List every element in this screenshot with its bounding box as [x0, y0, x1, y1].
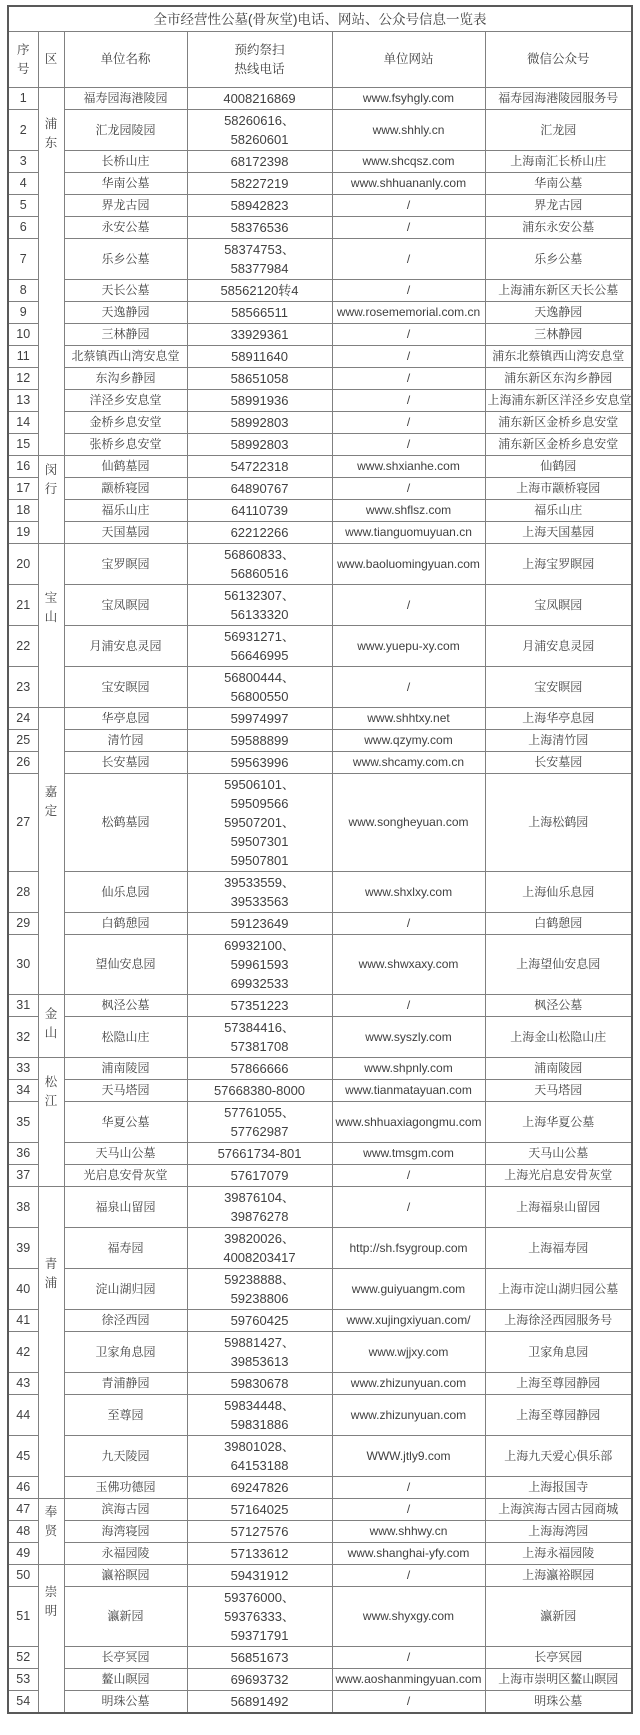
- cemetery-name-cell: 至尊园: [64, 1395, 187, 1436]
- wechat-account-cell: 枫泾公墓: [485, 995, 632, 1017]
- wechat-account-cell: 上海华亭息园: [485, 708, 632, 730]
- wechat-account-cell: 浦东新区金桥乡息安堂: [485, 434, 632, 456]
- hotline-cell: 64110739: [187, 500, 332, 522]
- cemetery-name-cell: 北蔡镇西山湾安息堂: [64, 346, 187, 368]
- hotline-cell: 39820026、 4008203417: [187, 1228, 332, 1269]
- table-row: 45九天陵园39801028、 64153188WWW.jtly9.com上海九…: [8, 1436, 632, 1477]
- cemetery-name-cell: 颛桥寝园: [64, 478, 187, 500]
- hotline-cell: 39876104、 39876278: [187, 1187, 332, 1228]
- wechat-account-cell: 长安墓园: [485, 752, 632, 774]
- table-row: 32松隐山庄57384416、 57381708www.syszly.com上海…: [8, 1017, 632, 1058]
- table-row: 20宝山宝罗瞑园56860833、 56860516www.baoluoming…: [8, 544, 632, 585]
- row-number-cell: 24: [8, 708, 38, 730]
- row-number-cell: 49: [8, 1543, 38, 1565]
- website-cell: www.qzymy.com: [332, 730, 485, 752]
- district-cell: 嘉定: [38, 708, 64, 995]
- hotline-cell: 62212266: [187, 522, 332, 544]
- hotline-cell: 59588899: [187, 730, 332, 752]
- hotline-cell: 59376000、 59376333、 59371791: [187, 1587, 332, 1647]
- website-cell: /: [332, 478, 485, 500]
- cemetery-name-cell: 仙乐息园: [64, 872, 187, 913]
- row-number-cell: 19: [8, 522, 38, 544]
- hotline-cell: 59506101、 59509566 59507201、 59507301 59…: [187, 774, 332, 872]
- table-row: 23宝安瞑园56800444、 56800550/宝安瞑园: [8, 667, 632, 708]
- wechat-account-cell: 宝凤瞑园: [485, 585, 632, 626]
- cemetery-name-cell: 长桥山庄: [64, 151, 187, 173]
- website-cell: /: [332, 585, 485, 626]
- website-cell: www.yuepu-xy.com: [332, 626, 485, 667]
- table-row: 35华夏公墓57761055、 57762987www.shhuaxiagong…: [8, 1102, 632, 1143]
- district-cell: 宝山: [38, 544, 64, 708]
- website-cell: /: [332, 1187, 485, 1228]
- website-cell: /: [332, 1477, 485, 1499]
- wechat-account-cell: 上海九天爱心俱乐部: [485, 1436, 632, 1477]
- district-cell: 金山: [38, 995, 64, 1058]
- wechat-account-cell: 上海瀛裕瞑园: [485, 1565, 632, 1587]
- cemetery-name-cell: 福泉山留园: [64, 1187, 187, 1228]
- hotline-cell: 57761055、 57762987: [187, 1102, 332, 1143]
- cemetery-name-cell: 白鹤憩园: [64, 913, 187, 935]
- website-cell: /: [332, 1165, 485, 1187]
- wechat-account-cell: 上海福寿园: [485, 1228, 632, 1269]
- wechat-account-cell: 明珠公墓: [485, 1691, 632, 1714]
- table-row: 14金桥乡息安堂58992803/浦东新区金桥乡息安堂: [8, 412, 632, 434]
- table-row: 26长安墓园59563996www.shcamy.com.cn长安墓园: [8, 752, 632, 774]
- wechat-account-cell: 上海南汇长桥山庄: [485, 151, 632, 173]
- hotline-cell: 56800444、 56800550: [187, 667, 332, 708]
- row-number-cell: 43: [8, 1373, 38, 1395]
- hotline-cell: 58991936: [187, 390, 332, 412]
- website-cell: http://sh.fsygroup.com: [332, 1228, 485, 1269]
- row-number-cell: 40: [8, 1269, 38, 1310]
- table-row: 43青浦静园59830678www.zhizunyuan.com上海至尊园静园: [8, 1373, 632, 1395]
- table-row: 25清竹园59588899www.qzymy.com上海清竹园: [8, 730, 632, 752]
- row-number-cell: 48: [8, 1521, 38, 1543]
- website-cell: www.xujingxiyuan.com/: [332, 1310, 485, 1332]
- table-row: 52长亭冥园56851673/长亭冥园: [8, 1647, 632, 1669]
- website-cell: www.syszly.com: [332, 1017, 485, 1058]
- table-row: 37光启息安骨灰堂57617079/上海光启息安骨灰堂: [8, 1165, 632, 1187]
- website-cell: /: [332, 412, 485, 434]
- cemetery-name-cell: 瀛新园: [64, 1587, 187, 1647]
- hotline-cell: 58911640: [187, 346, 332, 368]
- website-cell: www.shanghai-yfy.com: [332, 1543, 485, 1565]
- hotline-cell: 4008216869: [187, 88, 332, 110]
- hotline-cell: 59830678: [187, 1373, 332, 1395]
- row-number-cell: 51: [8, 1587, 38, 1647]
- cemetery-name-cell: 张桥乡息安堂: [64, 434, 187, 456]
- website-cell: /: [332, 434, 485, 456]
- row-number-cell: 38: [8, 1187, 38, 1228]
- row-number-cell: 5: [8, 195, 38, 217]
- cemetery-name-cell: 东沟乡静园: [64, 368, 187, 390]
- hotline-cell: 58376536: [187, 217, 332, 239]
- wechat-account-cell: 上海至尊园静园: [485, 1395, 632, 1436]
- row-number-cell: 26: [8, 752, 38, 774]
- wechat-account-cell: 上海报国寺: [485, 1477, 632, 1499]
- column-header-phone: 预约祭扫 热线电话: [187, 32, 332, 88]
- cemetery-name-cell: 汇龙园陵园: [64, 110, 187, 151]
- row-number-cell: 25: [8, 730, 38, 752]
- wechat-account-cell: 浦东北蔡镇西山湾安息堂: [485, 346, 632, 368]
- row-number-cell: 31: [8, 995, 38, 1017]
- website-cell: www.tianmatayuan.com: [332, 1080, 485, 1102]
- row-number-cell: 42: [8, 1332, 38, 1373]
- table-row: 28仙乐息园39533559、 39533563www.shxlxy.com上海…: [8, 872, 632, 913]
- row-number-cell: 11: [8, 346, 38, 368]
- table-row: 2汇龙园陵园58260616、 58260601www.shhly.cn汇龙园: [8, 110, 632, 151]
- hotline-cell: 57384416、 57381708: [187, 1017, 332, 1058]
- website-cell: www.shcamy.com.cn: [332, 752, 485, 774]
- hotline-cell: 39801028、 64153188: [187, 1436, 332, 1477]
- hotline-cell: 57617079: [187, 1165, 332, 1187]
- table-row: 9天逸静园58566511www.rosememorial.com.cn天逸静园: [8, 302, 632, 324]
- table-row: 12东沟乡静园58651058/浦东新区东沟乡静园: [8, 368, 632, 390]
- wechat-account-cell: 白鹤憩园: [485, 913, 632, 935]
- hotline-cell: 54722318: [187, 456, 332, 478]
- hotline-cell: 57866666: [187, 1058, 332, 1080]
- website-cell: /: [332, 995, 485, 1017]
- wechat-account-cell: 长亭冥园: [485, 1647, 632, 1669]
- row-number-cell: 32: [8, 1017, 38, 1058]
- table-row: 17颛桥寝园64890767/上海市颛桥寝园: [8, 478, 632, 500]
- district-cell: 浦东: [38, 88, 64, 456]
- cemetery-name-cell: 长亭冥园: [64, 1647, 187, 1669]
- cemetery-name-cell: 滨海古园: [64, 1499, 187, 1521]
- hotline-cell: 69932100、 59961593 69932533: [187, 935, 332, 995]
- website-cell: www.shyxgy.com: [332, 1587, 485, 1647]
- table-row: 40淀山湖归园59238888、 59238806www.guiyuangm.c…: [8, 1269, 632, 1310]
- hotline-cell: 68172398: [187, 151, 332, 173]
- table-row: 4华南公墓58227219www.shhuananly.com华南公墓: [8, 173, 632, 195]
- cemetery-name-cell: 永安公墓: [64, 217, 187, 239]
- website-cell: /: [332, 195, 485, 217]
- hotline-cell: 57351223: [187, 995, 332, 1017]
- hotline-cell: 59238888、 59238806: [187, 1269, 332, 1310]
- hotline-cell: 58566511: [187, 302, 332, 324]
- website-cell: www.shpnly.com: [332, 1058, 485, 1080]
- wechat-account-cell: 卫家角息园: [485, 1332, 632, 1373]
- website-cell: www.shflsz.com: [332, 500, 485, 522]
- cemetery-name-cell: 三林静园: [64, 324, 187, 346]
- website-cell: www.shcqsz.com: [332, 151, 485, 173]
- hotline-cell: 56891492: [187, 1691, 332, 1714]
- table-row: 24嘉定华亭息园59974997www.shhtxy.net上海华亭息园: [8, 708, 632, 730]
- table-row: 6永安公墓58376536/浦东永安公墓: [8, 217, 632, 239]
- wechat-account-cell: 上海至尊园静园: [485, 1373, 632, 1395]
- cemetery-name-cell: 天马塔园: [64, 1080, 187, 1102]
- hotline-cell: 56851673: [187, 1647, 332, 1669]
- wechat-account-cell: 月浦安息灵园: [485, 626, 632, 667]
- row-number-cell: 9: [8, 302, 38, 324]
- header-row: 序号 区 单位名称 预约祭扫 热线电话 单位网站 微信公众号: [8, 32, 632, 88]
- row-number-cell: 23: [8, 667, 38, 708]
- row-number-cell: 29: [8, 913, 38, 935]
- table-row: 7乐乡公墓58374753、 58377984/乐乡公墓: [8, 239, 632, 280]
- column-header-phone-line2: 热线电话: [190, 60, 330, 79]
- cemetery-name-cell: 玉佛功德园: [64, 1477, 187, 1499]
- table-row: 54明珠公墓56891492/明珠公墓: [8, 1691, 632, 1714]
- row-number-cell: 20: [8, 544, 38, 585]
- hotline-cell: 57127576: [187, 1521, 332, 1543]
- cemetery-name-cell: 仙鹤墓园: [64, 456, 187, 478]
- wechat-account-cell: 福乐山庄: [485, 500, 632, 522]
- cemetery-name-cell: 长安墓园: [64, 752, 187, 774]
- hotline-cell: 58374753、 58377984: [187, 239, 332, 280]
- row-number-cell: 34: [8, 1080, 38, 1102]
- wechat-account-cell: 界龙古园: [485, 195, 632, 217]
- cemetery-name-cell: 福寿园: [64, 1228, 187, 1269]
- cemetery-name-cell: 乐乡公墓: [64, 239, 187, 280]
- cemetery-name-cell: 光启息安骨灰堂: [64, 1165, 187, 1187]
- row-number-cell: 27: [8, 774, 38, 872]
- wechat-account-cell: 上海市崇明区鳌山瞑园: [485, 1669, 632, 1691]
- cemetery-name-cell: 徐泾西园: [64, 1310, 187, 1332]
- row-number-cell: 10: [8, 324, 38, 346]
- row-number-cell: 36: [8, 1143, 38, 1165]
- cemetery-name-cell: 清竹园: [64, 730, 187, 752]
- website-cell: /: [332, 1691, 485, 1714]
- row-number-cell: 46: [8, 1477, 38, 1499]
- hotline-cell: 69693732: [187, 1669, 332, 1691]
- wechat-account-cell: 上海市淀山湖归园公墓: [485, 1269, 632, 1310]
- table-row: 15张桥乡息安堂58992803/浦东新区金桥乡息安堂: [8, 434, 632, 456]
- row-number-cell: 17: [8, 478, 38, 500]
- table-body: 1浦东福寿园海港陵园4008216869www.fsyhgly.com福寿园海港…: [8, 88, 632, 1714]
- row-number-cell: 54: [8, 1691, 38, 1714]
- cemetery-name-cell: 洋泾乡安息堂: [64, 390, 187, 412]
- website-cell: /: [332, 346, 485, 368]
- row-number-cell: 21: [8, 585, 38, 626]
- column-header-district: 区: [38, 32, 64, 88]
- cemetery-name-cell: 天长公墓: [64, 280, 187, 302]
- wechat-account-cell: 上海永福园陵: [485, 1543, 632, 1565]
- hotline-cell: 59123649: [187, 913, 332, 935]
- wechat-account-cell: 乐乡公墓: [485, 239, 632, 280]
- website-cell: www.shhtxy.net: [332, 708, 485, 730]
- table-row: 38青浦福泉山留园39876104、 39876278/上海福泉山留园: [8, 1187, 632, 1228]
- website-cell: www.shxianhe.com: [332, 456, 485, 478]
- table-row: 31金山枫泾公墓57351223/枫泾公墓: [8, 995, 632, 1017]
- hotline-cell: 58651058: [187, 368, 332, 390]
- hotline-cell: 57668380-8000: [187, 1080, 332, 1102]
- website-cell: /: [332, 324, 485, 346]
- hotline-cell: 39533559、 39533563: [187, 872, 332, 913]
- website-cell: /: [332, 1499, 485, 1521]
- website-cell: www.shhly.cn: [332, 110, 485, 151]
- table-row: 1浦东福寿园海港陵园4008216869www.fsyhgly.com福寿园海港…: [8, 88, 632, 110]
- row-number-cell: 35: [8, 1102, 38, 1143]
- hotline-cell: 57661734-801: [187, 1143, 332, 1165]
- hotline-cell: 59834448、 59831886: [187, 1395, 332, 1436]
- table-row: 30望仙安息园69932100、 59961593 69932533www.sh…: [8, 935, 632, 995]
- table-row: 8天长公墓58562120转4/上海浦东新区天长公墓: [8, 280, 632, 302]
- hotline-cell: 56931271、 56646995: [187, 626, 332, 667]
- wechat-account-cell: 上海华夏公墓: [485, 1102, 632, 1143]
- district-cell: 青浦: [38, 1187, 64, 1499]
- website-cell: WWW.jtly9.com: [332, 1436, 485, 1477]
- wechat-account-cell: 上海市颛桥寝园: [485, 478, 632, 500]
- column-header-phone-line1: 预约祭扫: [190, 41, 330, 60]
- wechat-account-cell: 天逸静园: [485, 302, 632, 324]
- row-number-cell: 52: [8, 1647, 38, 1669]
- cemetery-name-cell: 华亭息园: [64, 708, 187, 730]
- row-number-cell: 1: [8, 88, 38, 110]
- wechat-account-cell: 瀛新园: [485, 1587, 632, 1647]
- table-row: 44至尊园59834448、 59831886www.zhizunyuan.co…: [8, 1395, 632, 1436]
- wechat-account-cell: 上海光启息安骨灰堂: [485, 1165, 632, 1187]
- district-cell: 闵行: [38, 456, 64, 544]
- row-number-cell: 4: [8, 173, 38, 195]
- website-cell: www.songheyuan.com: [332, 774, 485, 872]
- wechat-account-cell: 上海福泉山留园: [485, 1187, 632, 1228]
- wechat-account-cell: 汇龙园: [485, 110, 632, 151]
- table-row: 3长桥山庄68172398www.shcqsz.com上海南汇长桥山庄: [8, 151, 632, 173]
- table-row: 16闵行仙鹤墓园54722318www.shxianhe.com仙鹤园: [8, 456, 632, 478]
- table-row: 22月浦安息灵园56931271、 56646995www.yuepu-xy.c…: [8, 626, 632, 667]
- website-cell: www.shhwy.cn: [332, 1521, 485, 1543]
- table-row: 51瀛新园59376000、 59376333、 59371791www.shy…: [8, 1587, 632, 1647]
- column-header-wechat: 微信公众号: [485, 32, 632, 88]
- website-cell: www.shxlxy.com: [332, 872, 485, 913]
- cemetery-name-cell: 华南公墓: [64, 173, 187, 195]
- cemetery-name-cell: 鳌山瞑园: [64, 1669, 187, 1691]
- website-cell: www.tianguomuyuan.cn: [332, 522, 485, 544]
- cemetery-name-cell: 界龙古园: [64, 195, 187, 217]
- wechat-account-cell: 上海天国墓园: [485, 522, 632, 544]
- table-row: 47奉贤滨海古园57164025/上海滨海古园古园商城: [8, 1499, 632, 1521]
- website-cell: www.zhizunyuan.com: [332, 1395, 485, 1436]
- column-header-name: 单位名称: [64, 32, 187, 88]
- website-cell: www.shhuaxiagongmu.com: [332, 1102, 485, 1143]
- hotline-cell: 59881427、 39853613: [187, 1332, 332, 1373]
- wechat-account-cell: 浦南陵园: [485, 1058, 632, 1080]
- website-cell: www.shwxaxy.com: [332, 935, 485, 995]
- table-row: 21宝凤瞑园56132307、 56133320/宝凤瞑园: [8, 585, 632, 626]
- cemetery-name-cell: 宝凤瞑园: [64, 585, 187, 626]
- website-cell: /: [332, 217, 485, 239]
- table-title: 全市经营性公墓(骨灰堂)电话、网站、公众号信息一览表: [8, 6, 632, 32]
- row-number-cell: 7: [8, 239, 38, 280]
- cemetery-name-cell: 浦南陵园: [64, 1058, 187, 1080]
- district-cell: 奉贤: [38, 1499, 64, 1565]
- wechat-account-cell: 上海海湾园: [485, 1521, 632, 1543]
- table-row: 19天国墓园62212266www.tianguomuyuan.cn上海天国墓园: [8, 522, 632, 544]
- website-cell: www.baoluomingyuan.com: [332, 544, 485, 585]
- website-cell: www.shhuananly.com: [332, 173, 485, 195]
- table-row: 34天马塔园57668380-8000www.tianmatayuan.com天…: [8, 1080, 632, 1102]
- cemetery-name-cell: 宝罗瞑园: [64, 544, 187, 585]
- hotline-cell: 56860833、 56860516: [187, 544, 332, 585]
- row-number-cell: 12: [8, 368, 38, 390]
- cemetery-name-cell: 松隐山庄: [64, 1017, 187, 1058]
- row-number-cell: 47: [8, 1499, 38, 1521]
- row-number-cell: 44: [8, 1395, 38, 1436]
- row-number-cell: 18: [8, 500, 38, 522]
- wechat-account-cell: 天马山公墓: [485, 1143, 632, 1165]
- row-number-cell: 39: [8, 1228, 38, 1269]
- cemetery-name-cell: 松鹤墓园: [64, 774, 187, 872]
- website-cell: www.wjjxy.com: [332, 1332, 485, 1373]
- cemetery-name-cell: 福乐山庄: [64, 500, 187, 522]
- table-row: 50崇明瀛裕瞑园59431912/上海瀛裕瞑园: [8, 1565, 632, 1587]
- hotline-cell: 56132307、 56133320: [187, 585, 332, 626]
- row-number-cell: 53: [8, 1669, 38, 1691]
- row-number-cell: 16: [8, 456, 38, 478]
- wechat-account-cell: 上海望仙安息园: [485, 935, 632, 995]
- cemetery-name-cell: 望仙安息园: [64, 935, 187, 995]
- table-row: 36天马山公墓57661734-801www.tmsgm.com天马山公墓: [8, 1143, 632, 1165]
- table-row: 10三林静园33929361/三林静园: [8, 324, 632, 346]
- cemetery-name-cell: 华夏公墓: [64, 1102, 187, 1143]
- district-cell: 松江: [38, 1058, 64, 1187]
- cemetery-name-cell: 宝安瞑园: [64, 667, 187, 708]
- wechat-account-cell: 上海滨海古园古园商城: [485, 1499, 632, 1521]
- column-header-website: 单位网站: [332, 32, 485, 88]
- cemetery-name-cell: 天国墓园: [64, 522, 187, 544]
- website-cell: www.zhizunyuan.com: [332, 1373, 485, 1395]
- website-cell: www.tmsgm.com: [332, 1143, 485, 1165]
- wechat-account-cell: 浦东新区东沟乡静园: [485, 368, 632, 390]
- cemetery-name-cell: 青浦静园: [64, 1373, 187, 1395]
- wechat-account-cell: 浦东永安公墓: [485, 217, 632, 239]
- row-number-cell: 22: [8, 626, 38, 667]
- wechat-account-cell: 福寿园海港陵园服务号: [485, 88, 632, 110]
- wechat-account-cell: 浦东新区金桥乡息安堂: [485, 412, 632, 434]
- hotline-cell: 59974997: [187, 708, 332, 730]
- row-number-cell: 50: [8, 1565, 38, 1587]
- cemetery-name-cell: 福寿园海港陵园: [64, 88, 187, 110]
- cemetery-name-cell: 九天陵园: [64, 1436, 187, 1477]
- wechat-account-cell: 上海宝罗瞑园: [485, 544, 632, 585]
- row-number-cell: 2: [8, 110, 38, 151]
- cemetery-name-cell: 天马山公墓: [64, 1143, 187, 1165]
- table-row: 48海湾寝园57127576www.shhwy.cn上海海湾园: [8, 1521, 632, 1543]
- table-row: 29白鹤憩园59123649/白鹤憩园: [8, 913, 632, 935]
- table-row: 53鳌山瞑园69693732www.aoshanmingyuan.com上海市崇…: [8, 1669, 632, 1691]
- hotline-cell: 58942823: [187, 195, 332, 217]
- website-cell: /: [332, 1647, 485, 1669]
- wechat-account-cell: 宝安瞑园: [485, 667, 632, 708]
- hotline-cell: 58227219: [187, 173, 332, 195]
- row-number-cell: 8: [8, 280, 38, 302]
- cemetery-name-cell: 金桥乡息安堂: [64, 412, 187, 434]
- website-cell: www.guiyuangm.com: [332, 1269, 485, 1310]
- cemetery-name-cell: 天逸静园: [64, 302, 187, 324]
- wechat-account-cell: 华南公墓: [485, 173, 632, 195]
- website-cell: /: [332, 913, 485, 935]
- hotline-cell: 33929361: [187, 324, 332, 346]
- hotline-cell: 58992803: [187, 434, 332, 456]
- wechat-account-cell: 天马塔园: [485, 1080, 632, 1102]
- hotline-cell: 58992803: [187, 412, 332, 434]
- wechat-account-cell: 上海清竹园: [485, 730, 632, 752]
- table-row: 27松鹤墓园59506101、 59509566 59507201、 59507…: [8, 774, 632, 872]
- row-number-cell: 41: [8, 1310, 38, 1332]
- website-cell: /: [332, 368, 485, 390]
- row-number-cell: 6: [8, 217, 38, 239]
- website-cell: /: [332, 280, 485, 302]
- table-row: 42卫家角息园59881427、 39853613www.wjjxy.com卫家…: [8, 1332, 632, 1373]
- website-cell: /: [332, 667, 485, 708]
- website-cell: www.fsyhgly.com: [332, 88, 485, 110]
- hotline-cell: 69247826: [187, 1477, 332, 1499]
- wechat-account-cell: 上海徐泾西园服务号: [485, 1310, 632, 1332]
- website-cell: /: [332, 239, 485, 280]
- table-row: 41徐泾西园59760425www.xujingxiyuan.com/上海徐泾西…: [8, 1310, 632, 1332]
- page: 全市经营性公墓(骨灰堂)电话、网站、公众号信息一览表 序号 区 单位名称 预约祭…: [0, 0, 640, 1714]
- wechat-account-cell: 上海金山松隐山庄: [485, 1017, 632, 1058]
